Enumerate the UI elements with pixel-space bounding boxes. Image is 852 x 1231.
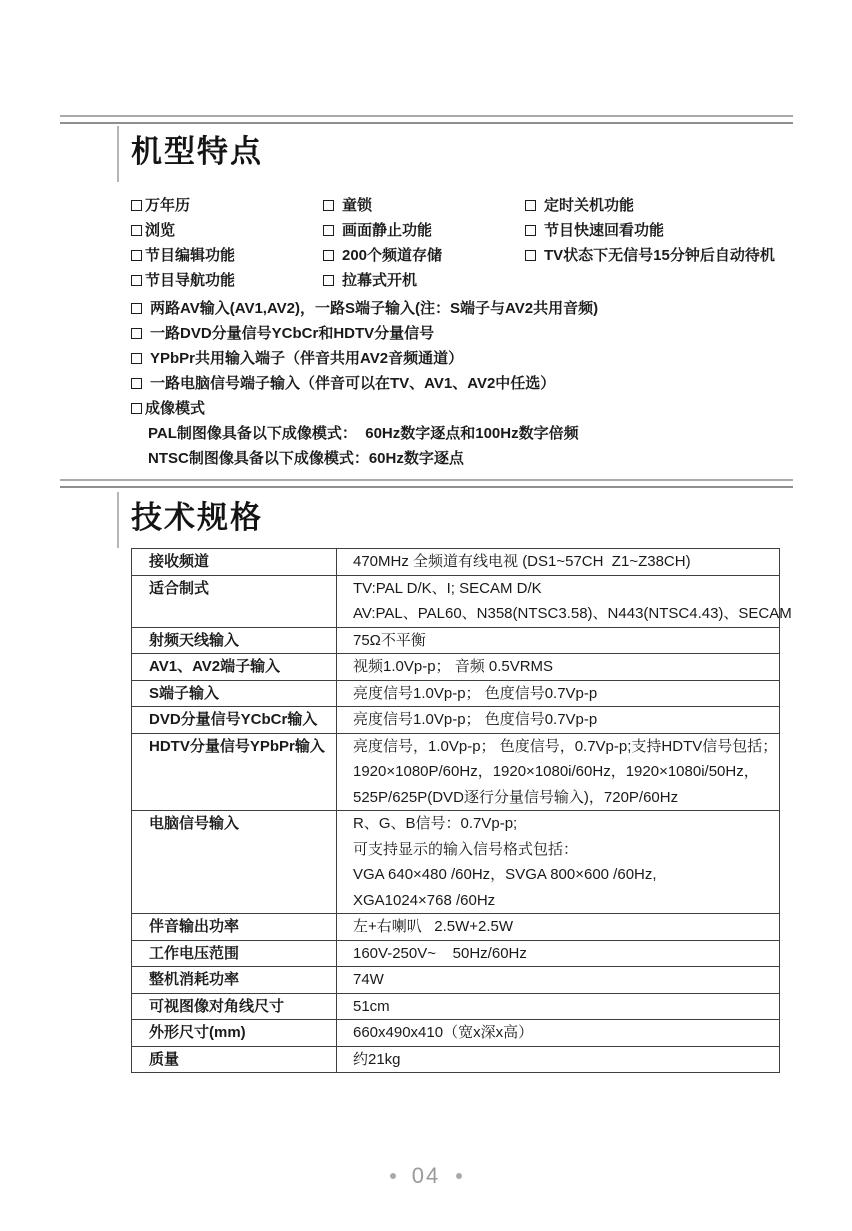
feature-item: 节目导航功能 — [131, 267, 323, 292]
checkbox-icon — [323, 250, 334, 261]
feature-label: 两路AV输入(AV1,AV2)，一路S端子输入(注：S端子与AV2共用音频) — [150, 297, 598, 318]
features-column-2: 童锁 画面静止功能 200个频道存储 拉幕式开机 — [323, 192, 525, 292]
features-section-header: 机型特点 — [117, 124, 263, 170]
spec-value: TV:PAL D/K、I; SECAM D/K AV:PAL、PAL60、N35… — [337, 576, 792, 627]
checkbox-icon — [131, 328, 142, 339]
feature-label: 节目导航功能 — [145, 269, 235, 290]
specs-title: 技术规格 — [131, 490, 263, 536]
spec-label: 工作电压范围 — [132, 941, 337, 967]
features-wide-list: 两路AV输入(AV1,AV2)，一路S端子输入(注：S端子与AV2共用音频) 一… — [131, 295, 793, 470]
footer: 04 — [0, 1163, 852, 1189]
table-row: 整机消耗功率 74W — [132, 967, 779, 994]
features-column-1: 万年历 浏览 节目编辑功能 节目导航功能 — [131, 192, 323, 292]
spec-value: 74W — [337, 967, 779, 993]
feature-label: 节目编辑功能 — [145, 244, 235, 265]
title-accent-bar — [117, 126, 119, 182]
feature-label: 定时关机功能 — [544, 194, 634, 215]
feature-item-imaging-mode: 成像模式 — [131, 395, 793, 420]
checkbox-icon — [131, 200, 142, 211]
table-row: AV1、AV2端子输入 视频1.0Vp-p； 音频 0.5VRMS — [132, 654, 779, 681]
spec-value: 51cm — [337, 994, 779, 1020]
table-row: 工作电压范围 160V-250V~ 50Hz/60Hz — [132, 941, 779, 968]
spec-value: 左+右喇叭 2.5W+2.5W — [337, 914, 779, 940]
table-row: 质量 约21kg — [132, 1047, 779, 1073]
features-list: 万年历 浏览 节目编辑功能 节目导航功能 童锁 画面静止功能 200个频道存储 … — [131, 192, 793, 470]
feature-item: 浏览 — [131, 217, 323, 242]
checkbox-icon — [525, 250, 536, 261]
table-row: 射频天线输入 75Ω不平衡 — [132, 628, 779, 655]
page-number: 04 — [412, 1163, 440, 1189]
spec-table: 接收频道 470MHz 全频道有线电视 (DS1~57CH Z1~Z38CH) … — [131, 548, 780, 1073]
spec-label: 接收频道 — [132, 549, 337, 575]
table-row: HDTV分量信号YPbPr输入 亮度信号，1.0Vp-p； 色度信号，0.7Vp… — [132, 734, 779, 812]
feature-item: 节目快速回看功能 — [525, 217, 793, 242]
table-row: 伴音输出功率 左+右喇叭 2.5W+2.5W — [132, 914, 779, 941]
feature-item: 拉幕式开机 — [323, 267, 525, 292]
table-row: 接收频道 470MHz 全频道有线电视 (DS1~57CH Z1~Z38CH) — [132, 549, 779, 576]
spec-label: HDTV分量信号YPbPr输入 — [132, 734, 337, 811]
feature-item: TV状态下无信号15分钟后自动待机 — [525, 242, 793, 267]
imaging-mode-detail: NTSC制图像具备以下成像模式：60Hz数字逐点 — [131, 445, 793, 470]
spec-value: 470MHz 全频道有线电视 (DS1~57CH Z1~Z38CH) — [337, 549, 779, 575]
footer-bullet-icon — [456, 1173, 462, 1179]
manual-page: 机型特点 万年历 浏览 节目编辑功能 节目导航功能 童锁 画面静止功能 200个… — [0, 0, 852, 1231]
spec-value: 亮度信号1.0Vp-p； 色度信号0.7Vp-p — [337, 707, 779, 733]
checkbox-icon — [131, 353, 142, 364]
spec-label: S端子输入 — [132, 681, 337, 707]
features-column-3: 定时关机功能 节目快速回看功能 TV状态下无信号15分钟后自动待机 — [525, 192, 793, 292]
checkbox-icon — [525, 200, 536, 211]
feature-label: TV状态下无信号15分钟后自动待机 — [544, 244, 775, 265]
feature-item: 一路电脑信号端子输入（伴音可以在TV、AV1、AV2中任选） — [131, 370, 793, 395]
spec-label: 整机消耗功率 — [132, 967, 337, 993]
checkbox-icon — [131, 250, 142, 261]
feature-label: 浏览 — [145, 219, 175, 240]
section-divider-top — [60, 115, 793, 124]
feature-label: 画面静止功能 — [342, 219, 432, 240]
feature-item: 定时关机功能 — [525, 192, 793, 217]
specs-section-header: 技术规格 — [117, 490, 263, 536]
feature-item: 万年历 — [131, 192, 323, 217]
feature-label: 节目快速回看功能 — [544, 219, 664, 240]
spec-label: 可视图像对角线尺寸 — [132, 994, 337, 1020]
title-accent-bar — [117, 492, 119, 548]
spec-value: 75Ω不平衡 — [337, 628, 779, 654]
checkbox-icon — [323, 275, 334, 286]
table-row: 适合制式 TV:PAL D/K、I; SECAM D/K AV:PAL、PAL6… — [132, 576, 779, 628]
feature-item: 两路AV输入(AV1,AV2)，一路S端子输入(注：S端子与AV2共用音频) — [131, 295, 793, 320]
spec-label: 伴音输出功率 — [132, 914, 337, 940]
feature-label: 一路电脑信号端子输入（伴音可以在TV、AV1、AV2中任选） — [150, 372, 555, 393]
feature-label: 成像模式 — [145, 397, 205, 418]
spec-label: DVD分量信号YCbCr输入 — [132, 707, 337, 733]
spec-value: R、G、B信号：0.7Vp-p; 可支持显示的输入信号格式包括： VGA 640… — [337, 811, 779, 913]
section-divider-specs — [60, 479, 793, 488]
feature-item: 童锁 — [323, 192, 525, 217]
checkbox-icon — [525, 225, 536, 236]
spec-label: 适合制式 — [132, 576, 337, 627]
feature-label: 拉幕式开机 — [342, 269, 417, 290]
feature-item: YPbPr共用输入端子（伴音共用AV2音频通道） — [131, 345, 793, 370]
feature-item: 画面静止功能 — [323, 217, 525, 242]
checkbox-icon — [131, 303, 142, 314]
spec-label: 外形尺寸(mm) — [132, 1020, 337, 1046]
checkbox-icon — [131, 225, 142, 236]
checkbox-icon — [131, 403, 142, 414]
table-row: DVD分量信号YCbCr输入 亮度信号1.0Vp-p； 色度信号0.7Vp-p — [132, 707, 779, 734]
feature-item: 节目编辑功能 — [131, 242, 323, 267]
spec-value: 视频1.0Vp-p； 音频 0.5VRMS — [337, 654, 779, 680]
table-row: 电脑信号输入 R、G、B信号：0.7Vp-p; 可支持显示的输入信号格式包括： … — [132, 811, 779, 914]
feature-item: 200个频道存储 — [323, 242, 525, 267]
table-row: S端子输入 亮度信号1.0Vp-p； 色度信号0.7Vp-p — [132, 681, 779, 708]
checkbox-icon — [131, 275, 142, 286]
feature-label: 童锁 — [342, 194, 372, 215]
spec-value: 660x490x410（宽x深x高） — [337, 1020, 779, 1046]
imaging-mode-detail: PAL制图像具备以下成像模式： 60Hz数字逐点和100Hz数字倍频 — [131, 420, 793, 445]
spec-value: 亮度信号，1.0Vp-p； 色度信号，0.7Vp-p;支持HDTV信号包括； 1… — [337, 734, 779, 811]
spec-value: 亮度信号1.0Vp-p； 色度信号0.7Vp-p — [337, 681, 779, 707]
features-title: 机型特点 — [131, 124, 263, 170]
spec-label: 射频天线输入 — [132, 628, 337, 654]
features-grid: 万年历 浏览 节目编辑功能 节目导航功能 童锁 画面静止功能 200个频道存储 … — [131, 192, 793, 292]
checkbox-icon — [131, 378, 142, 389]
feature-item: 一路DVD分量信号YCbCr和HDTV分量信号 — [131, 320, 793, 345]
spec-value: 160V-250V~ 50Hz/60Hz — [337, 941, 779, 967]
feature-label: 一路DVD分量信号YCbCr和HDTV分量信号 — [150, 322, 434, 343]
checkbox-icon — [323, 225, 334, 236]
table-row: 可视图像对角线尺寸 51cm — [132, 994, 779, 1021]
footer-bullet-icon — [390, 1173, 396, 1179]
checkbox-icon — [323, 200, 334, 211]
spec-label: 电脑信号输入 — [132, 811, 337, 913]
feature-label: YPbPr共用输入端子（伴音共用AV2音频通道） — [150, 347, 463, 368]
spec-label: 质量 — [132, 1047, 337, 1073]
spec-value: 约21kg — [337, 1047, 779, 1073]
feature-label: 200个频道存储 — [342, 244, 442, 265]
table-row: 外形尺寸(mm) 660x490x410（宽x深x高） — [132, 1020, 779, 1047]
spec-label: AV1、AV2端子输入 — [132, 654, 337, 680]
feature-label: 万年历 — [145, 194, 190, 215]
